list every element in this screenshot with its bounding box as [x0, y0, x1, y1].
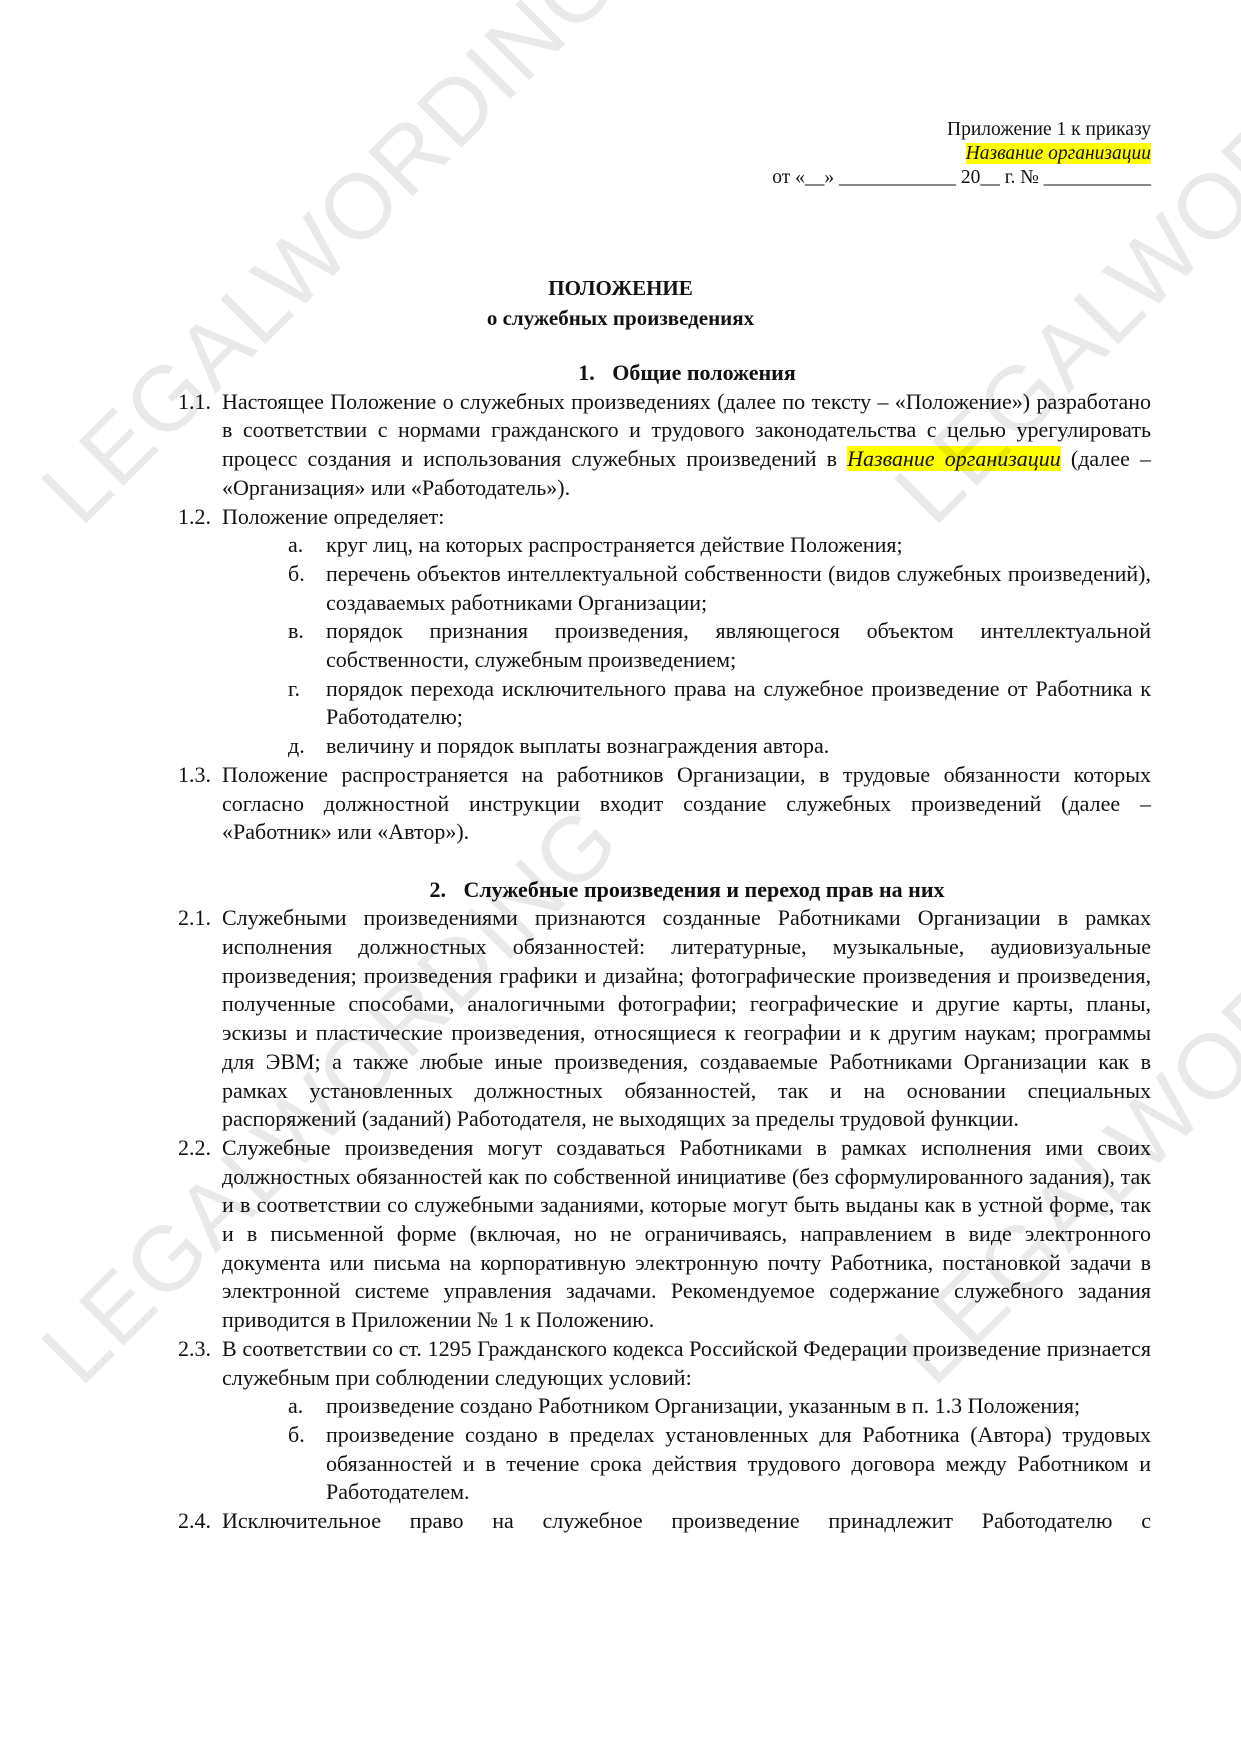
- subclause: б.перечень объектов интеллектуальной соб…: [178, 560, 1151, 617]
- clause-number: 1.3.: [178, 761, 211, 790]
- organization-name-placeholder: Название организации: [966, 143, 1151, 164]
- subclause-text: порядок признания произведения, являющег…: [326, 618, 1151, 672]
- clause-2-3: 2.3.В соответствии со ст. 1295 Гражданск…: [178, 1335, 1151, 1392]
- clause-2-2: 2.2.Служебные произведения могут создава…: [178, 1134, 1151, 1335]
- clause-text: Положение определяет:: [222, 504, 444, 529]
- section-title: Общие положения: [612, 360, 796, 385]
- subclause: в.порядок признания произведения, являющ…: [178, 617, 1151, 674]
- section-title: Служебные произведения и переход прав на…: [463, 877, 944, 902]
- title-main: ПОЛОЖЕНИЕ: [0, 273, 1241, 303]
- subclause-text: порядок перехода исключительного права н…: [326, 676, 1151, 730]
- clause-number: 2.2.: [178, 1134, 211, 1163]
- clause-1-3: 1.3.Положение распространяется на работн…: [178, 761, 1151, 847]
- clause-number: 1.2.: [178, 503, 211, 532]
- clause-2-4: 2.4.Исключительное право на служебное пр…: [178, 1507, 1151, 1536]
- subclause: г.порядок перехода исключительного права…: [178, 675, 1151, 732]
- subclause-letter: б.: [288, 560, 305, 589]
- document-page: Приложение 1 к приказу Название организа…: [0, 0, 1241, 1754]
- clause-text: Служебные произведения могут создаваться…: [222, 1135, 1151, 1332]
- subclause-text: произведение создано в пределах установл…: [326, 1422, 1151, 1504]
- subclause-text: произведение создано Работником Организа…: [326, 1393, 1080, 1418]
- subclause: д.величину и порядок выплаты вознагражде…: [178, 732, 1151, 761]
- order-date-number-line: от «__» ____________ 20__ г. № _________…: [772, 166, 1151, 190]
- section-number: 2.: [429, 876, 463, 905]
- section-number: 1.: [578, 359, 612, 388]
- document-body: 1.Общие положения 1.1.Настоящее Положени…: [178, 359, 1151, 1536]
- appendix-label: Приложение 1 к приказу: [772, 118, 1151, 142]
- subclause-letter: г.: [288, 675, 300, 704]
- subclause-letter: б.: [288, 1421, 305, 1450]
- clause-number: 2.4.: [178, 1507, 211, 1536]
- clause-2-1: 2.1.Служебными произведениями признаются…: [178, 904, 1151, 1134]
- spacer: [178, 847, 1151, 876]
- document-title: ПОЛОЖЕНИЕ о служебных произведениях: [0, 273, 1241, 333]
- clause-number: 1.1.: [178, 388, 211, 417]
- subclause-letter: а.: [288, 1392, 303, 1421]
- clause-number: 2.3.: [178, 1335, 211, 1364]
- clause-number: 2.1.: [178, 904, 211, 933]
- subclause-text: перечень объектов интеллектуальной собст…: [326, 561, 1151, 615]
- clause-1-1: 1.1.Настоящее Положение о служебных прои…: [178, 388, 1151, 503]
- section-heading: 1.Общие положения: [223, 359, 1151, 388]
- subclause-text: величину и порядок выплаты вознаграждени…: [326, 733, 829, 758]
- subclause: б.произведение создано в пределах устано…: [178, 1421, 1151, 1507]
- clause-text: Исключительное право на служебное произв…: [222, 1508, 1151, 1533]
- subclause-letter: в.: [288, 617, 304, 646]
- subclause: а.произведение создано Работником Органи…: [178, 1392, 1151, 1421]
- clause-text: Положение распространяется на работников…: [222, 762, 1151, 844]
- clause-1-2: 1.2.Положение определяет:: [178, 503, 1151, 532]
- subclause-letter: а.: [288, 531, 303, 560]
- title-subtitle: о служебных произведениях: [0, 303, 1241, 333]
- clause-text: Служебными произведениями признаются соз…: [222, 905, 1151, 1131]
- organization-name-placeholder: Название организации: [847, 446, 1061, 471]
- section-heading: 2.Служебные произведения и переход прав …: [223, 876, 1151, 905]
- appendix-header: Приложение 1 к приказу Название организа…: [772, 118, 1151, 190]
- clause-text: В соответствии со ст. 1295 Гражданского …: [222, 1336, 1151, 1390]
- subclause-text: круг лиц, на которых распространяется де…: [326, 532, 903, 557]
- subclause-letter: д.: [288, 732, 305, 761]
- subclause: а.круг лиц, на которых распространяется …: [178, 531, 1151, 560]
